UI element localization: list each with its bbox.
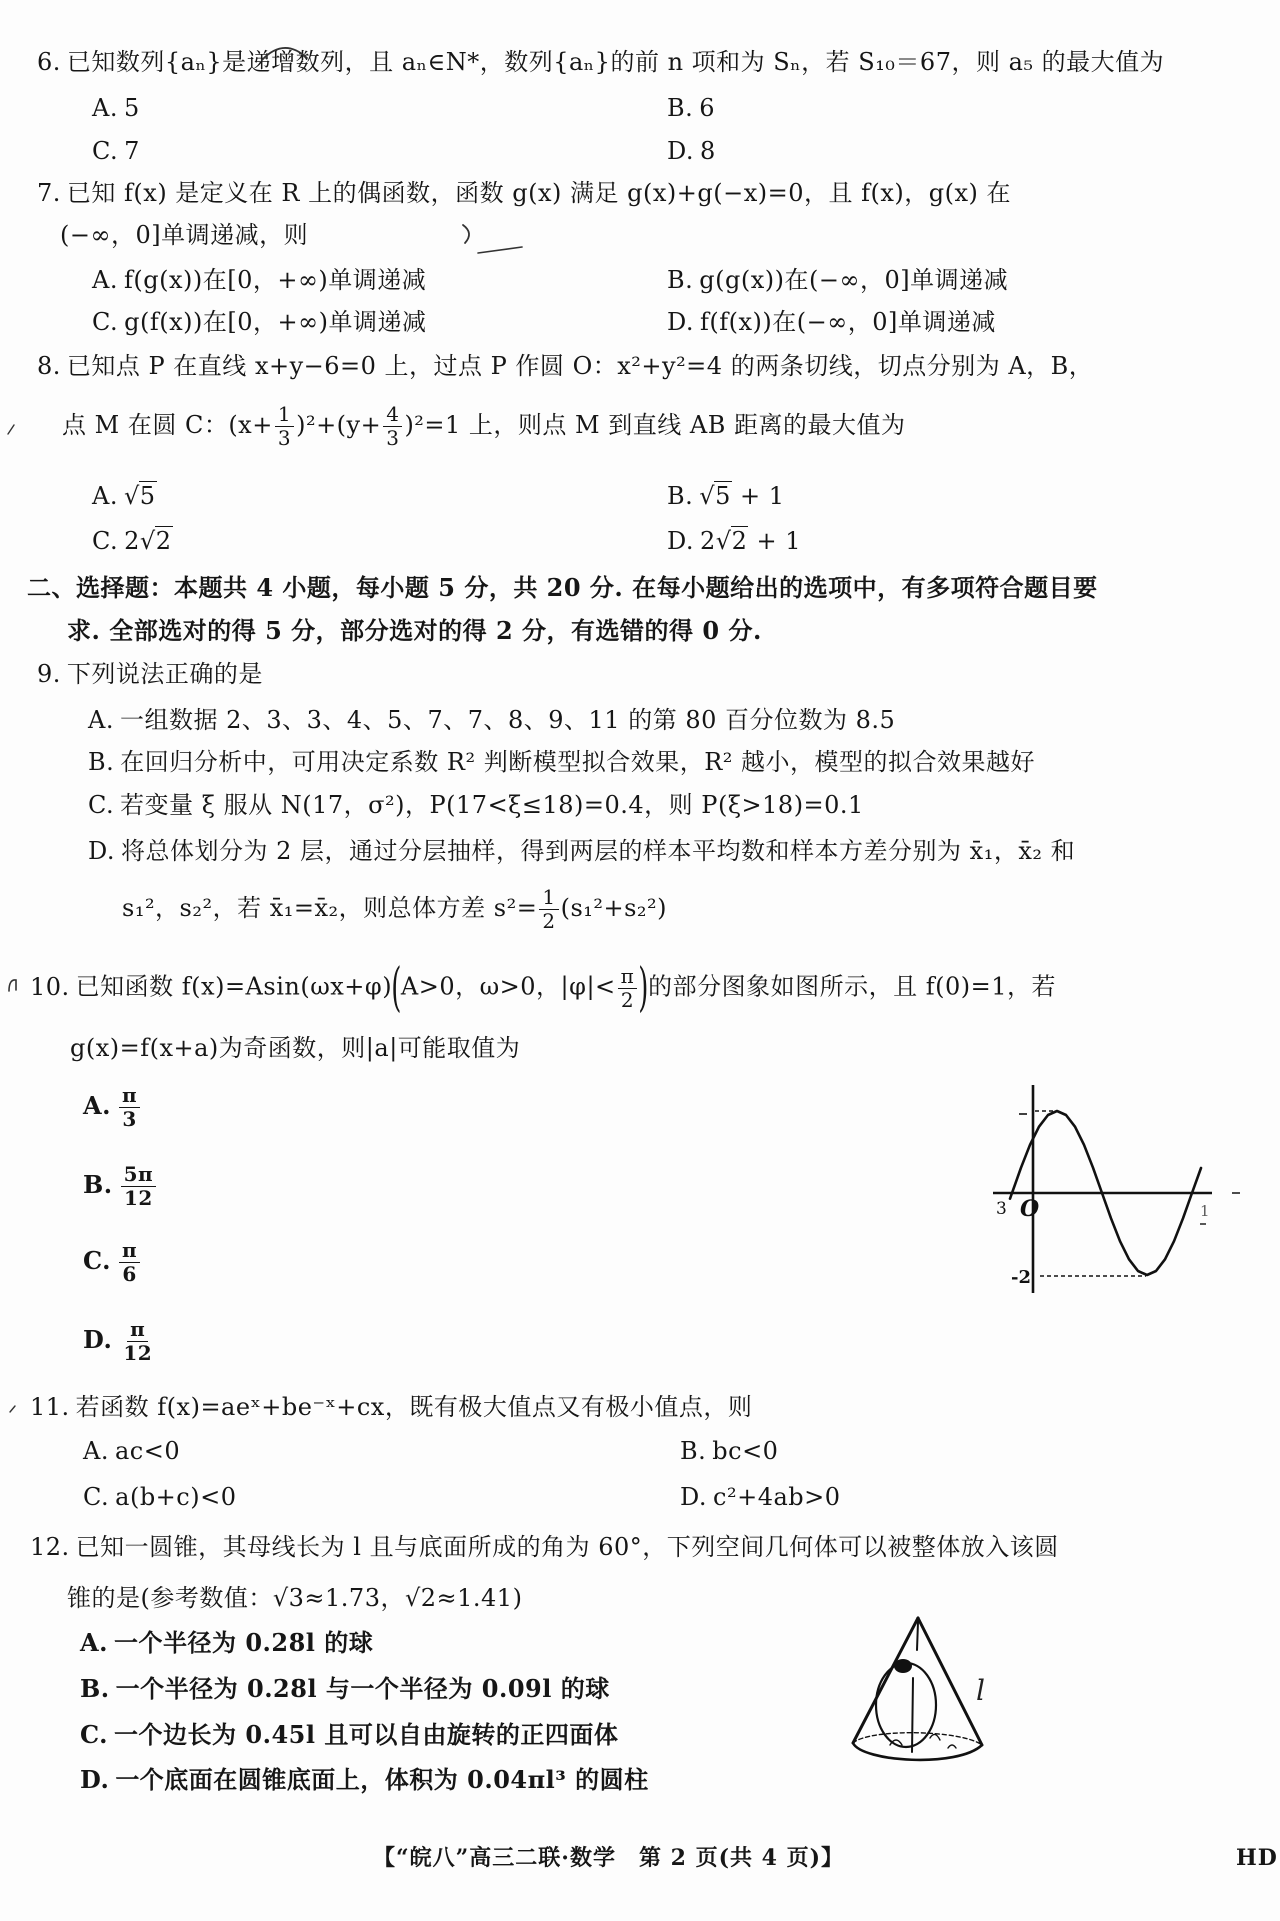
question-10-stem: 10.已知函数 f(x)=Asin(ωx+φ)(A>0，ω>0，|φ|<π2)的… xyxy=(30,962,1056,1014)
denominator: 12 xyxy=(121,1187,156,1209)
fraction: π12 xyxy=(120,1319,155,1364)
cone-altitude xyxy=(912,1622,918,1752)
radicand: 2 xyxy=(155,526,173,555)
numerator: π xyxy=(119,1240,140,1263)
option-label: D. xyxy=(667,308,694,336)
option-label: C. xyxy=(80,1720,108,1749)
question-8-stem-line2: 点 M 在圆 C：(x+13)²+(y+43)²=1 上，则点 M 到直线 AB… xyxy=(62,404,906,449)
q7-option-c: C.g(f(x))在[0，+∞)单调递减 xyxy=(92,308,426,336)
q10-option-d: D.π12 xyxy=(83,1319,157,1364)
option-label: B. xyxy=(667,94,693,122)
option-label: D. xyxy=(83,1325,112,1354)
base-scribbles xyxy=(890,1734,956,1748)
question-text: 已知 f(x) 是定义在 R 上的偶函数，函数 g(x) 满足 g(x)+g(−… xyxy=(67,179,1011,207)
fraction: π3 xyxy=(119,1085,140,1130)
sine-graph-figure xyxy=(993,1085,1240,1293)
question-text: 已知一圆锥，其母线长为 l 且与底面所成的角为 60°，下列空间几何体可以被整体… xyxy=(76,1533,1059,1561)
q7-option-b: B.g(g(x))在(−∞，0]单调递减 xyxy=(667,266,1008,294)
option-label: B. xyxy=(667,266,693,294)
option-text: 8 xyxy=(700,137,716,165)
q6-option-d: D.8 xyxy=(667,137,716,165)
option-label: B. xyxy=(88,748,114,776)
option-text: a(b+c)<0 xyxy=(115,1483,236,1511)
numerator: 1 xyxy=(275,404,294,427)
question-10-stem-line2: g(x)=f(x+a)为奇函数，则|a|可能取值为 xyxy=(70,1034,520,1062)
question-text: 若函数 f(x)=aeˣ+be⁻ˣ+cx，既有极大值点又有极小值点，则 xyxy=(76,1393,753,1421)
text-segment: )²=1 上，则点 M 到直线 AB 距离的最大值为 xyxy=(404,411,905,439)
option-label: D. xyxy=(667,137,694,165)
q6-option-a: A.5 xyxy=(92,94,140,122)
cone-left-slant xyxy=(853,1618,918,1743)
sine-curve xyxy=(1010,1111,1201,1275)
question-7-stem: 7.已知 f(x) 是定义在 R 上的偶函数，函数 g(x) 满足 g(x)+g… xyxy=(37,179,1011,207)
q8-option-c: C.2√2 xyxy=(92,527,173,555)
denominator: 3 xyxy=(275,427,294,449)
question-7-stem-line2: (−∞，0]单调递减，则 xyxy=(60,221,308,249)
answer-underline-mark-icon xyxy=(478,247,522,253)
sqrt-symbol: √ xyxy=(140,527,156,555)
fraction: 13 xyxy=(275,404,294,449)
cone-base-front xyxy=(853,1743,982,1760)
cone-right-slant xyxy=(918,1618,982,1745)
q11-option-c: C.a(b+c)<0 xyxy=(83,1483,236,1511)
option-label: D. xyxy=(680,1483,707,1511)
question-text: 已知数列{aₙ}是递增数列，且 aₙ∈N*，数列{aₙ}的前 n 项和为 Sₙ，… xyxy=(67,48,1164,76)
option-text: 一个半径为 0.28l 与一个半径为 0.09l 的球 xyxy=(116,1674,610,1703)
q9-option-b: B.在回归分析中，可用决定系数 R² 判断模型拟合效果，R² 越小，模型的拟合效… xyxy=(88,748,1035,776)
cone-slant-label: l xyxy=(976,1674,985,1707)
numerator: 4 xyxy=(383,404,402,427)
q7-option-d: D.f(f(x))在(−∞，0]单调递减 xyxy=(667,308,996,336)
option-label: C. xyxy=(92,137,118,165)
option-label: D. xyxy=(80,1765,109,1794)
fraction: π6 xyxy=(119,1240,140,1285)
option-text: f(f(x))在(−∞，0]单调递减 xyxy=(700,308,996,336)
option-label: A. xyxy=(83,1437,109,1465)
question-12-stem-line2: 锥的是(参考数值：√3≈1.73，√2≈1.41) xyxy=(67,1584,522,1612)
fraction: π2 xyxy=(618,966,638,1011)
denominator: 2 xyxy=(539,910,558,932)
q8-option-b: B.√5 + 1 xyxy=(667,482,784,510)
question-11-stem: 11.若函数 f(x)=aeˣ+be⁻ˣ+cx，既有极大值点又有极小值点，则 xyxy=(30,1393,752,1421)
q9-option-d-line2: s₁²，s₂²，若 x̄₁=x̄₂，则总体方差 s²=12(s₁²+s₂²) xyxy=(122,887,667,932)
graph-left-x-label: 3 xyxy=(996,1199,1007,1219)
option-text: 一个半径为 0.28l 的球 xyxy=(114,1628,373,1657)
q12-option-d: D.一个底面在圆锥底面上，体积为 0.04πl³ 的圆柱 xyxy=(80,1766,649,1794)
coefficient: 2 xyxy=(124,527,140,555)
denominator: 2 xyxy=(618,989,637,1011)
fraction: 5π12 xyxy=(121,1164,157,1209)
q10-option-b: B.5π12 xyxy=(83,1164,158,1209)
option-label: C. xyxy=(92,527,118,555)
text-segment: A>0，ω>0，|φ|< xyxy=(401,973,616,1001)
q11-option-b: B.bc<0 xyxy=(680,1437,778,1465)
option-label: B. xyxy=(680,1437,706,1465)
radicand: 5 xyxy=(139,481,157,510)
option-label: A. xyxy=(92,266,118,294)
denominator: 3 xyxy=(119,1108,139,1130)
numerator: π xyxy=(119,1085,140,1108)
question-number: 10. xyxy=(30,973,70,1001)
q6-option-c: C.7 xyxy=(92,137,140,165)
option-label: C. xyxy=(92,308,118,336)
q9-option-d: D.将总体划分为 2 层，通过分层抽样，得到两层的样本平均数和样本方差分别为 x… xyxy=(88,837,1075,865)
coefficient: 2 xyxy=(700,527,716,555)
margin-tick-icon xyxy=(10,1406,15,1412)
question-number: 7. xyxy=(37,179,61,207)
question-number: 12. xyxy=(30,1533,70,1561)
fraction: 43 xyxy=(383,404,402,449)
denominator: 6 xyxy=(119,1263,139,1285)
option-text: 6 xyxy=(699,94,715,122)
q9-option-c: C.若变量 ξ 服从 N(17，σ²)，P(17<ξ≤18)=0.4，则 P(ξ… xyxy=(88,791,864,819)
option-text: 将总体划分为 2 层，通过分层抽样，得到两层的样本平均数和样本方差分别为 x̄₁… xyxy=(121,837,1075,865)
denominator: 12 xyxy=(120,1342,155,1364)
denominator: 3 xyxy=(383,427,402,449)
option-text: c²+4ab>0 xyxy=(713,1483,841,1511)
margin-tick-icon xyxy=(9,980,16,991)
margin-tick-icon xyxy=(8,425,14,434)
option-text: 7 xyxy=(124,137,140,165)
option-text: f(g(x))在[0，+∞)单调递减 xyxy=(124,266,426,294)
question-number: 6. xyxy=(37,48,61,76)
page-footer-title: 【“皖八”高三二联·数学 第 2 页(共 4 页)】 xyxy=(373,1844,844,1872)
radicand: 2 xyxy=(731,526,749,555)
option-text: 若变量 ξ 服从 N(17，σ²)，P(17<ξ≤18)=0.4，则 P(ξ>1… xyxy=(120,791,864,819)
fraction: 12 xyxy=(539,887,558,932)
inscribed-sphere-sketch xyxy=(876,1663,936,1747)
text-segment: (s₁²+s₂²) xyxy=(561,894,667,922)
text-segment: 已知函数 f(x)=Asin(ωx+φ) xyxy=(76,973,392,1001)
question-12-stem: 12.已知一圆锥，其母线长为 l 且与底面所成的角为 60°，下列空间几何体可以… xyxy=(30,1533,1059,1561)
option-label: A. xyxy=(80,1628,108,1657)
q10-option-c: C.π6 xyxy=(83,1240,142,1285)
option-tail: + 1 xyxy=(748,527,801,555)
numerator: π xyxy=(127,1319,148,1342)
option-text: 一个边长为 0.45l 且可以自由旋转的正四面体 xyxy=(114,1720,618,1749)
q6-option-b: B.6 xyxy=(667,94,715,122)
option-label: B. xyxy=(667,482,693,510)
option-text: 在回归分析中，可用决定系数 R² 判断模型拟合效果，R² 越小，模型的拟合效果越… xyxy=(120,748,1035,776)
section-2-instructions-line2: 求. 全部选对的得 5 分，部分选对的得 2 分，有选错的得 0 分. xyxy=(67,617,762,645)
q8-option-d: D.2√2 + 1 xyxy=(667,527,801,555)
question-text: 已知点 P 在直线 x+y−6=0 上，过点 P 作圆 O：x²+y²=4 的两… xyxy=(67,352,1093,380)
option-label: A. xyxy=(92,94,118,122)
question-6-stem: 6.已知数列{aₙ}是递增数列，且 aₙ∈N*，数列{aₙ}的前 n 项和为 S… xyxy=(37,48,1164,76)
option-text: 一个底面在圆锥底面上，体积为 0.04πl³ 的圆柱 xyxy=(115,1765,648,1794)
q8-option-a: A.√5 xyxy=(92,482,157,510)
sqrt-symbol: √ xyxy=(716,527,732,555)
option-tail: + 1 xyxy=(732,482,785,510)
answer-bracket-mark-icon xyxy=(463,225,469,243)
text-segment: 的部分图象如图所示，且 f(0)=1，若 xyxy=(648,973,1056,1001)
option-text: g(f(x))在[0，+∞)单调递减 xyxy=(124,308,426,336)
q11-option-a: A.ac<0 xyxy=(83,1437,180,1465)
cone-figure xyxy=(853,1618,982,1760)
option-label: A. xyxy=(83,1091,111,1120)
option-text: 5 xyxy=(124,94,140,122)
q10-option-a: A.π3 xyxy=(83,1085,142,1130)
question-text: 下列说法正确的是 xyxy=(67,660,263,688)
q12-option-c: C.一个边长为 0.45l 且可以自由旋转的正四面体 xyxy=(80,1721,618,1749)
option-text: ac<0 xyxy=(115,1437,180,1465)
q12-option-a: A.一个半径为 0.28l 的球 xyxy=(80,1629,373,1657)
question-9-stem: 9.下列说法正确的是 xyxy=(37,660,263,688)
q12-option-b: B.一个半径为 0.28l 与一个半径为 0.09l 的球 xyxy=(80,1675,610,1703)
graph-right-x-label: 1 xyxy=(1200,1202,1210,1220)
graph-ymin-label: -2 xyxy=(1011,1267,1031,1288)
option-label: D. xyxy=(88,837,115,865)
section-2-instructions: 二、选择题：本题共 4 小题，每小题 5 分，共 20 分. 在每小题给出的选项… xyxy=(27,574,1098,602)
sqrt-symbol: √ xyxy=(699,482,715,510)
radicand: 5 xyxy=(714,481,732,510)
question-number: 11. xyxy=(30,1393,70,1421)
q11-option-d: D.c²+4ab>0 xyxy=(680,1483,841,1511)
numerator: 5π xyxy=(121,1164,157,1187)
text-segment: 点 M 在圆 C：(x+ xyxy=(62,411,273,439)
q9-option-a: A.一组数据 2、3、3、4、5、7、7、8、9、11 的第 80 百分位数为 … xyxy=(88,706,895,734)
text-segment: s₁²，s₂²，若 x̄₁=x̄₂，则总体方差 s²= xyxy=(122,894,537,922)
option-text: 一组数据 2、3、3、4、5、7、7、8、9、11 的第 80 百分位数为 8.… xyxy=(120,706,895,734)
option-text: g(g(x))在(−∞，0]单调递减 xyxy=(699,266,1008,294)
graph-origin-label: O xyxy=(1020,1196,1039,1222)
option-text: bc<0 xyxy=(712,1437,778,1465)
option-label: D. xyxy=(667,527,694,555)
cone-base-back xyxy=(853,1733,982,1745)
q7-option-a: A.f(g(x))在[0，+∞)单调递减 xyxy=(92,266,426,294)
right-paren: ) xyxy=(638,962,648,1014)
question-number: 9. xyxy=(37,660,61,688)
option-label: B. xyxy=(80,1674,110,1703)
numerator: π xyxy=(618,966,638,989)
option-label: C. xyxy=(83,1246,111,1275)
option-label: C. xyxy=(83,1483,109,1511)
option-label: A. xyxy=(88,706,114,734)
option-label: A. xyxy=(92,482,118,510)
option-label: C. xyxy=(88,791,114,819)
pen-blob xyxy=(894,1659,912,1673)
option-label: B. xyxy=(83,1170,113,1199)
sqrt-symbol: √ xyxy=(124,482,140,510)
question-number: 8. xyxy=(37,352,61,380)
text-segment: )²+(y+ xyxy=(296,411,381,439)
numerator: 1 xyxy=(539,887,558,910)
question-8-stem: 8.已知点 P 在直线 x+y−6=0 上，过点 P 作圆 O：x²+y²=4 … xyxy=(37,352,1093,380)
page-footer-code: HD xyxy=(1236,1844,1278,1872)
left-paren: ( xyxy=(391,962,401,1014)
